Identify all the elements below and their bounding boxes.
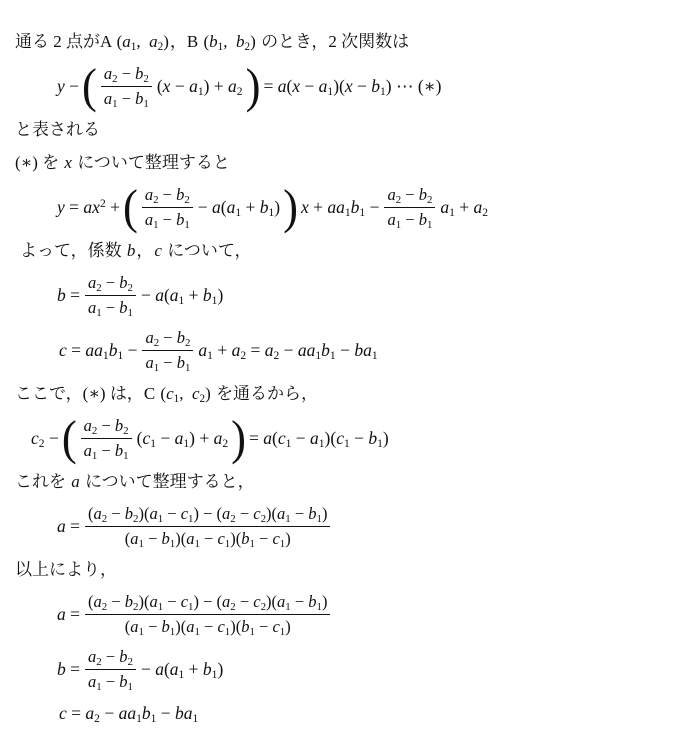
fraction: (a2 − b2)(a1 − c1) − (a2 − c2)(a1 − b1)(…	[85, 592, 330, 637]
formula-line: a =(a2 − b2)(a1 − c1) − (a2 − c2)(a1 − b…	[55, 502, 687, 550]
japanese-text: のとき，2 次関数は	[257, 32, 409, 51]
roman-text: A	[100, 32, 116, 51]
document-body: 通る 2 点がA (a1, a2)，B (b1, b2) のとき，2 次関数はy…	[15, 29, 687, 726]
fraction-numerator: a2 − b2	[85, 647, 136, 670]
math-run: x + aa1b1 −	[301, 196, 379, 218]
text-line: これを a について整理すると，	[15, 469, 687, 495]
roman-text: (∗)	[15, 153, 38, 172]
fraction-denominator: a1 − b1	[85, 670, 136, 692]
math-run: b =	[57, 658, 80, 680]
math-run: c = a2 − aa1b1 − ba1	[59, 702, 198, 724]
japanese-text: を	[38, 153, 64, 172]
japanese-text: ，	[136, 241, 153, 260]
math-run: − a(a1 + b1)	[198, 196, 280, 218]
roman-text: (∗)	[83, 384, 106, 403]
fraction: a2 − b2a1 − b1	[85, 647, 136, 692]
fraction-denominator: a1 − b1	[85, 296, 136, 318]
math-run: y = ax2 +	[57, 196, 120, 218]
text-line: 通る 2 点がA (a1, a2)，B (b1, b2) のとき，2 次関数は	[15, 29, 687, 55]
text-line: (∗) を x について整理すると	[15, 150, 687, 176]
fraction-denominator: a1 − b1	[101, 87, 152, 109]
math-run: a1 + a2 = a2 − aa1b1 − ba1	[198, 339, 377, 361]
formula-line: c = aa1b1 −a2 − b2a1 − b1a1 + a2 = a2 − …	[57, 326, 687, 374]
fraction: (a2 − b2)(a1 − c1) − (a2 − c2)(a1 − b1)(…	[85, 504, 330, 549]
japanese-text: について整理すると，	[81, 472, 255, 491]
math-run: a =	[57, 603, 80, 625]
fraction-numerator: a2 − b2	[101, 64, 152, 87]
japanese-text: を通るから，	[212, 384, 318, 403]
japanese-text: 以上により，	[15, 560, 117, 579]
fraction-numerator: a2 − b2	[85, 273, 136, 296]
japanese-text: ，	[170, 32, 187, 51]
fraction-numerator: a2 − b2	[142, 185, 193, 208]
fraction-denominator: a1 − b1	[81, 439, 132, 461]
fraction: a2 − b2a1 − b1	[142, 328, 193, 373]
text-line: 以上により，	[15, 557, 687, 583]
math-document: 通る 2 点がA (a1, a2)，B (b1, b2) のとき，2 次関数はy…	[0, 0, 697, 751]
formula-line: c = a2 − aa1b1 − ba1	[57, 700, 687, 726]
fraction: a2 − b2a1 − b1	[384, 185, 435, 230]
fraction-numerator: (a2 − b2)(a1 − c1) − (a2 − c2)(a1 − b1)	[85, 592, 330, 615]
japanese-text: ここで，	[15, 384, 83, 403]
japanese-text: 通る 2 点が	[15, 32, 100, 51]
math-run: b =	[57, 284, 80, 306]
japanese-text: よって，係数	[20, 241, 126, 260]
fraction-denominator: (a1 − b1)(a1 − c1)(b1 − c1)	[122, 527, 294, 549]
fraction: a2 − b2a1 − b1	[142, 185, 193, 230]
fraction-denominator: a1 − b1	[384, 208, 435, 230]
roman-text: B	[187, 32, 203, 51]
formula-line: y = ax2 +(a2 − b2a1 − b1− a(a1 + b1))x +…	[55, 183, 687, 231]
math-run: a	[71, 472, 80, 491]
formula-line: y −(a2 − b2a1 − b1(x − a1) + a2)= a(x − …	[55, 62, 687, 110]
math-run: (b1, b2)	[204, 32, 256, 51]
fraction: a2 − b2a1 − b1	[85, 273, 136, 318]
roman-text: C	[144, 384, 160, 403]
fraction-denominator: a1 − b1	[142, 208, 193, 230]
fraction-denominator: a1 − b1	[142, 351, 193, 373]
formula-line: b =a2 − b2a1 − b1− a(a1 + b1)	[55, 271, 687, 319]
text-line: よって，係数 b，c について，	[20, 238, 687, 264]
math-run: (c1 − a1) + a2	[137, 427, 229, 449]
math-run: (a1, a2)	[117, 32, 169, 51]
formula-line: a =(a2 − b2)(a1 − c1) − (a2 − c2)(a1 − b…	[55, 590, 687, 638]
fraction-numerator: a2 − b2	[81, 416, 132, 439]
math-run: a =	[57, 515, 80, 537]
math-run: b	[127, 241, 136, 260]
math-run: (x − a1) + a2	[157, 75, 243, 97]
formula-line: c2 −(a2 − b2a1 − b1(c1 − a1) + a2)= a(c1…	[29, 414, 687, 462]
fraction-denominator: (a1 − b1)(a1 − c1)(b1 − c1)	[122, 615, 294, 637]
math-run: c	[154, 241, 162, 260]
japanese-text: と表される	[15, 120, 100, 139]
math-run: x	[64, 153, 72, 172]
math-run: − a(a1 + b1)	[141, 284, 223, 306]
japanese-text: について，	[163, 241, 252, 260]
math-run: a1 + a2	[440, 196, 488, 218]
formula-line: b =a2 − b2a1 − b1− a(a1 + b1)	[55, 645, 687, 693]
math-run: c2 −	[31, 427, 59, 449]
fraction: a2 − b2a1 − b1	[101, 64, 152, 109]
math-run: = a(c1 − a1)(c1 − b1)	[249, 427, 389, 449]
math-run: = a(x − a1)(x − b1) ⋯ (∗)	[263, 75, 441, 97]
japanese-text: これを	[15, 472, 70, 491]
text-line: と表される	[15, 117, 687, 143]
fraction-numerator: a2 − b2	[142, 328, 193, 351]
text-line: ここで，(∗) は，C (c1, c2) を通るから，	[15, 381, 687, 407]
fraction: a2 − b2a1 − b1	[81, 416, 132, 461]
math-run: − a(a1 + b1)	[141, 658, 223, 680]
japanese-text: について整理すると	[73, 153, 230, 172]
math-run: c = aa1b1 −	[59, 339, 137, 361]
japanese-text: は，	[106, 384, 144, 403]
math-run: y −	[57, 75, 79, 97]
fraction-numerator: (a2 − b2)(a1 − c1) − (a2 − c2)(a1 − b1)	[85, 504, 330, 527]
fraction-numerator: a2 − b2	[384, 185, 435, 208]
math-run: (c1, c2)	[160, 384, 210, 403]
